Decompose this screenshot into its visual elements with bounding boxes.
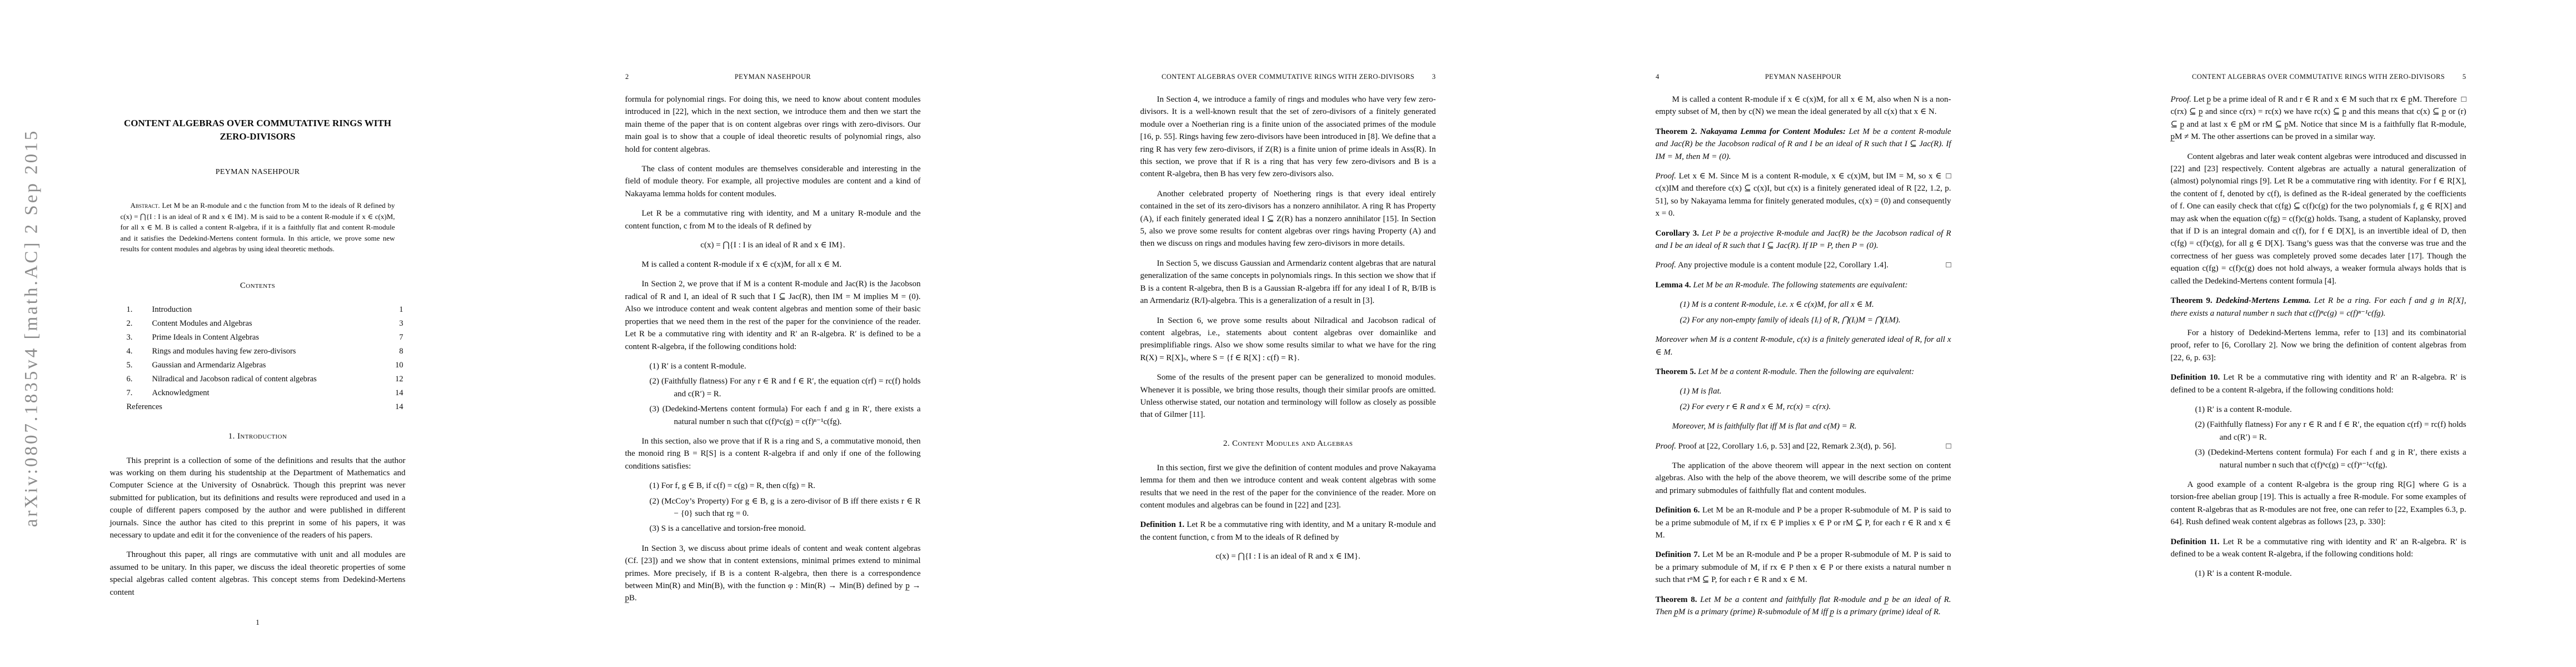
toc-entry: 7. Acknowledgment 14 bbox=[127, 386, 403, 400]
page-1-column: CONTENT ALGEBRAS OVER COMMUTATIVE RINGS … bbox=[110, 0, 406, 599]
lemma-text: Let M be an R-module. The following stat… bbox=[1693, 281, 1907, 290]
theorem-subtitle: Nakayama Lemma for Content Modules: bbox=[1700, 127, 1846, 136]
definition-text: Let M be an R-module and P be a proper R… bbox=[1656, 550, 1951, 584]
display-formula: c(x) = ⋂{I : I is an ideal of R and x ∈ … bbox=[1140, 551, 1436, 561]
list-item: (2) (Faithfully flatness) For any r ∈ R … bbox=[2171, 419, 2467, 444]
paragraph: The class of content modules are themsel… bbox=[625, 163, 921, 200]
toc-entry-number: 1. bbox=[127, 303, 152, 317]
toc-entry-page: 14 bbox=[388, 400, 403, 414]
page-number: 5 bbox=[2463, 73, 2466, 81]
lemma-label: Lemma 4. bbox=[1656, 281, 1691, 290]
toc-entry-title: Gaussian and Armendariz Algebras bbox=[152, 359, 388, 372]
theorem-5: Theorem 5. Let M be a content R-module. … bbox=[1656, 366, 1951, 378]
paragraph: Throughout this paper, all rings are com… bbox=[110, 549, 406, 599]
toc-entry-page: 12 bbox=[388, 372, 403, 386]
page-2: PEYMAN NASEHPOUR 2 formula for polynomia… bbox=[515, 0, 1030, 667]
theorem-text: Let M be a content and faithfully flat R… bbox=[1656, 595, 1951, 616]
corollary-3: Corollary 3. Let P be a projective R-mod… bbox=[1656, 227, 1951, 252]
list-item: (1) R′ is a content R-module. bbox=[2171, 404, 2467, 416]
toc-entry: 1. Introduction 1 bbox=[127, 303, 403, 317]
toc-entry-title: Content Modules and Algebras bbox=[152, 317, 388, 331]
theorem-label: Theorem 9. bbox=[2171, 296, 2213, 305]
proof-label: Proof. bbox=[2171, 95, 2191, 104]
paragraph: For a history of Dedekind-Mertens lemma,… bbox=[2171, 327, 2467, 364]
running-head: PEYMAN NASEHPOUR bbox=[597, 73, 948, 81]
toc-entry: 5. Gaussian and Armendariz Algebras 10 bbox=[127, 359, 403, 372]
proof-text: Let x ∈ M. Since M is a content R-module… bbox=[1656, 172, 1951, 218]
corollary-text: Let P be a projective R-module and Jac(R… bbox=[1656, 229, 1951, 250]
page-4: PEYMAN NASEHPOUR 4 M is called a content… bbox=[1546, 0, 2061, 667]
lemma-remark: Moreover when M is a content R-module, c… bbox=[1656, 333, 1951, 359]
proof-text: Any projective module is a content modul… bbox=[1678, 261, 1889, 270]
page-number: 3 bbox=[1432, 73, 1436, 81]
toc-entry: 6. Nilradical and Jacobson radical of co… bbox=[127, 372, 403, 386]
definition-1: Definition 1. Let R be a commutative rin… bbox=[1140, 519, 1436, 544]
definition-10: Definition 10. Let R be a commutative ri… bbox=[2171, 371, 2467, 396]
definition-7: Definition 7. Let M be an R-module and P… bbox=[1656, 549, 1951, 586]
paragraph: In Section 3, we discuss about prime ide… bbox=[625, 542, 921, 605]
paper-title-line-1: CONTENT ALGEBRAS OVER COMMUTATIVE RINGS … bbox=[124, 118, 391, 128]
proof: □ Proof. Proof at [22, Corollary 1.6, p.… bbox=[1656, 440, 1951, 452]
paragraph: In this section, first we give the defin… bbox=[1140, 462, 1436, 512]
table-of-contents: 1. Introduction 1 2. Content Modules and… bbox=[110, 303, 406, 414]
proof-text: Let p̲ be a prime ideal of R and r ∈ R a… bbox=[2171, 95, 2467, 141]
toc-entry-number: 3. bbox=[127, 331, 152, 345]
definition-label: Definition 11. bbox=[2171, 537, 2220, 546]
list-item: (2) (Faithfully flatness) For any r ∈ R … bbox=[625, 375, 921, 400]
page-number: 1 bbox=[0, 618, 515, 627]
running-head: CONTENT ALGEBRAS OVER COMMUTATIVE RINGS … bbox=[1113, 73, 1463, 81]
toc-entry: References 14 bbox=[127, 400, 403, 414]
numbered-list: (1) R′ is a content R-module. (2) (Faith… bbox=[2171, 404, 2467, 471]
section-2-heading: 2. Content Modules and Algebras bbox=[1140, 439, 1436, 449]
list-item: (3) (Dedekind-Mertens content formula) F… bbox=[2171, 446, 2467, 471]
paragraph: The application of the above theorem wil… bbox=[1656, 460, 1951, 497]
list-item: (2) For every r ∈ R and x ∈ M, rc(x) = c… bbox=[1656, 401, 1951, 413]
page-3: CONTENT ALGEBRAS OVER COMMUTATIVE RINGS … bbox=[1030, 0, 1546, 667]
page-5-column: □ Proof. Let p̲ be a prime ideal of R an… bbox=[2171, 0, 2467, 580]
paragraph: Content algebras and later weak content … bbox=[2171, 151, 2467, 287]
definition-text: Let R be a commutative ring with identit… bbox=[1140, 520, 1436, 541]
definition-11: Definition 11. Let R be a commutative ri… bbox=[2171, 536, 2467, 561]
theorem-label: Theorem 5. bbox=[1656, 367, 1696, 376]
abstract-text: Let M be an R-module and c the function … bbox=[121, 201, 395, 253]
abstract: Abstract. Let M be an R-module and c the… bbox=[121, 200, 395, 255]
paragraph: In Section 4, we introduce a family of r… bbox=[1140, 93, 1436, 181]
paper-title-line-2: ZERO-DIVISORS bbox=[220, 131, 295, 142]
toc-entry-title: References bbox=[127, 400, 388, 414]
corollary-label: Corollary 3. bbox=[1656, 229, 1699, 238]
toc-entry-title: Nilradical and Jacobson radical of conte… bbox=[152, 372, 388, 386]
toc-entry-title: Acknowledgment bbox=[152, 386, 388, 400]
paragraph: Another celebrated property of Noetherin… bbox=[1140, 188, 1436, 250]
proof-label: Proof. bbox=[1656, 172, 1676, 181]
numbered-list: (1) R′ is a content R-module. (2) (Faith… bbox=[625, 360, 921, 428]
toc-entry-page: 1 bbox=[388, 303, 403, 317]
paragraph: M is called a content R-module if x ∈ c(… bbox=[1656, 93, 1951, 118]
page-2-column: formula for polynomial rings. For doing … bbox=[625, 0, 921, 605]
page-header: CONTENT ALGEBRAS OVER COMMUTATIVE RINGS … bbox=[2143, 73, 2494, 83]
paragraph: In Section 2, we prove that if M is a co… bbox=[625, 278, 921, 352]
toc-entry-number: 4. bbox=[127, 345, 152, 359]
toc-entry-page: 3 bbox=[388, 317, 403, 331]
running-head: CONTENT ALGEBRAS OVER COMMUTATIVE RINGS … bbox=[2143, 73, 2494, 81]
numbered-list: (1) For f, g ∈ B, if c(f) = c(g) = R, th… bbox=[625, 480, 921, 535]
theorem-8: Theorem 8. Let M be a content and faithf… bbox=[1656, 594, 1951, 619]
paragraph: Some of the results of the present paper… bbox=[1140, 371, 1436, 421]
paper-title: CONTENT ALGEBRAS OVER COMMUTATIVE RINGS … bbox=[110, 117, 406, 143]
qed-symbol: □ bbox=[2461, 93, 2466, 106]
paragraph: M is called a content R-module if x ∈ c(… bbox=[625, 258, 921, 271]
paragraph: Let R be a commutative ring with identit… bbox=[625, 207, 921, 232]
toc-entry-number: 5. bbox=[127, 359, 152, 372]
proof: □ Proof. Let p̲ be a prime ideal of R an… bbox=[2171, 93, 2467, 143]
page-number: 2 bbox=[625, 73, 629, 81]
paragraph: This preprint is a collection of some of… bbox=[110, 455, 406, 542]
list-item: (2) (McCoy’s Property) For g ∈ B, g is a… bbox=[625, 495, 921, 520]
theorem-9: Theorem 9. Dedekind-Mertens Lemma. Let R… bbox=[2171, 295, 2467, 320]
qed-symbol: □ bbox=[1946, 440, 1951, 452]
theorem-2: Theorem 2. Nakayama Lemma for Content Mo… bbox=[1656, 126, 1951, 163]
section-1-heading: 1. Introduction bbox=[110, 432, 406, 441]
page-1: CONTENT ALGEBRAS OVER COMMUTATIVE RINGS … bbox=[0, 0, 515, 667]
document-canvas: arXiv:0807.1835v4 [math.AC] 2 Sep 2015 C… bbox=[0, 0, 2576, 667]
list-item: (1) M is a content R-module, i.e. x ∈ c(… bbox=[1656, 298, 1951, 311]
definition-text: Let M be an R-module and P be a proper R… bbox=[1656, 506, 1951, 540]
proof: □ Proof. Let x ∈ M. Since M is a content… bbox=[1656, 170, 1951, 220]
theorem-text: Let M be a content R-module. Then the fo… bbox=[1698, 367, 1914, 376]
proof-label: Proof. bbox=[1656, 261, 1676, 270]
definition-label: Definition 7. bbox=[1656, 550, 1700, 559]
page-number: 4 bbox=[1656, 73, 1659, 81]
theorem-label: Theorem 2. bbox=[1656, 127, 1697, 136]
proof: □ Proof. Any projective module is a cont… bbox=[1656, 259, 1951, 271]
list-item: (3) S is a cancellative and torsion-free… bbox=[625, 522, 921, 535]
toc-entry: 4. Rings and modules having few zero-div… bbox=[127, 345, 403, 359]
toc-entry-page: 14 bbox=[388, 386, 403, 400]
list-item: (1) For f, g ∈ B, if c(f) = c(g) = R, th… bbox=[625, 480, 921, 492]
lemma-4: Lemma 4. Let M be an R-module. The follo… bbox=[1656, 279, 1951, 291]
toc-entry-number: 6. bbox=[127, 372, 152, 386]
list-item: (3) (Dedekind-Mertens content formula) F… bbox=[625, 403, 921, 428]
definition-label: Definition 10. bbox=[2171, 373, 2220, 382]
page-header: CONTENT ALGEBRAS OVER COMMUTATIVE RINGS … bbox=[1113, 73, 1463, 83]
toc-entry-page: 10 bbox=[388, 359, 403, 372]
numbered-list: (1) R′ is a content R-module. bbox=[2171, 568, 2467, 580]
running-head: PEYMAN NASEHPOUR bbox=[1628, 73, 1979, 81]
qed-symbol: □ bbox=[1946, 170, 1951, 182]
paragraph: In this section, also we prove that if R… bbox=[625, 435, 921, 472]
paragraph: A good example of a content R-algebra is… bbox=[2171, 479, 2467, 529]
definition-label: Definition 1. bbox=[1140, 520, 1185, 529]
abstract-label: Abstract. bbox=[131, 201, 160, 210]
page-header: PEYMAN NASEHPOUR 2 bbox=[597, 73, 948, 83]
list-item: (1) R′ is a content R-module. bbox=[625, 360, 921, 372]
definition-6: Definition 6. Let M be an R-module and P… bbox=[1656, 504, 1951, 541]
proof-label: Proof. bbox=[1656, 442, 1676, 451]
proof-text: Proof at [22, Corollary 1.6, p. 53] and … bbox=[1678, 442, 1896, 451]
toc-entry: 2. Content Modules and Algebras 3 bbox=[127, 317, 403, 331]
numbered-list: (1) M is flat. (2) For every r ∈ R and x… bbox=[1656, 385, 1951, 413]
toc-entry-title: Rings and modules having few zero-diviso… bbox=[152, 345, 388, 359]
paragraph: In Section 6, we prove some results abou… bbox=[1140, 315, 1436, 365]
toc-entry-page: 7 bbox=[388, 331, 403, 345]
numbered-list: (1) M is a content R-module, i.e. x ∈ c(… bbox=[1656, 298, 1951, 326]
qed-symbol: □ bbox=[1946, 259, 1951, 271]
toc-entry-title: Prime Ideals in Content Algebras bbox=[152, 331, 388, 345]
paragraph: formula for polynomial rings. For doing … bbox=[625, 93, 921, 156]
list-item: (2) For any non-empty family of ideals {… bbox=[1656, 314, 1951, 326]
toc-entry-page: 8 bbox=[388, 345, 403, 359]
theorem-subtitle: Dedekind-Mertens Lemma. bbox=[2216, 296, 2311, 305]
arxiv-watermark: arXiv:0807.1835v4 [math.AC] 2 Sep 2015 bbox=[22, 129, 42, 527]
toc-entry: 3. Prime Ideals in Content Algebras 7 bbox=[127, 331, 403, 345]
page-4-column: M is called a content R-module if x ∈ c(… bbox=[1656, 0, 1951, 618]
list-item: (1) R′ is a content R-module. bbox=[2171, 568, 2467, 580]
page-header: PEYMAN NASEHPOUR 4 bbox=[1628, 73, 1979, 83]
toc-entry-number: 7. bbox=[127, 386, 152, 400]
toc-entry-number: 2. bbox=[127, 317, 152, 331]
page-5: CONTENT ALGEBRAS OVER COMMUTATIVE RINGS … bbox=[2061, 0, 2576, 667]
author-name: PEYMAN NASEHPOUR bbox=[110, 168, 406, 177]
display-formula: c(x) = ⋂{I : I is an ideal of R and x ∈ … bbox=[625, 240, 921, 250]
theorem-text: Let R be a ring. For each f and g in R[X… bbox=[2171, 296, 2467, 317]
page-3-column: In Section 4, we introduce a family of r… bbox=[1140, 0, 1436, 561]
paragraph: In Section 5, we discuss Gaussian and Ar… bbox=[1140, 257, 1436, 307]
definition-label: Definition 6. bbox=[1656, 506, 1700, 515]
list-item: (1) M is flat. bbox=[1656, 385, 1951, 397]
theorem-remark: Moreover, M is faithfully flat iff M is … bbox=[1656, 420, 1951, 432]
theorem-label: Theorem 8. bbox=[1656, 595, 1697, 604]
toc-entry-title: Introduction bbox=[152, 303, 388, 317]
contents-heading: Contents bbox=[110, 281, 406, 291]
